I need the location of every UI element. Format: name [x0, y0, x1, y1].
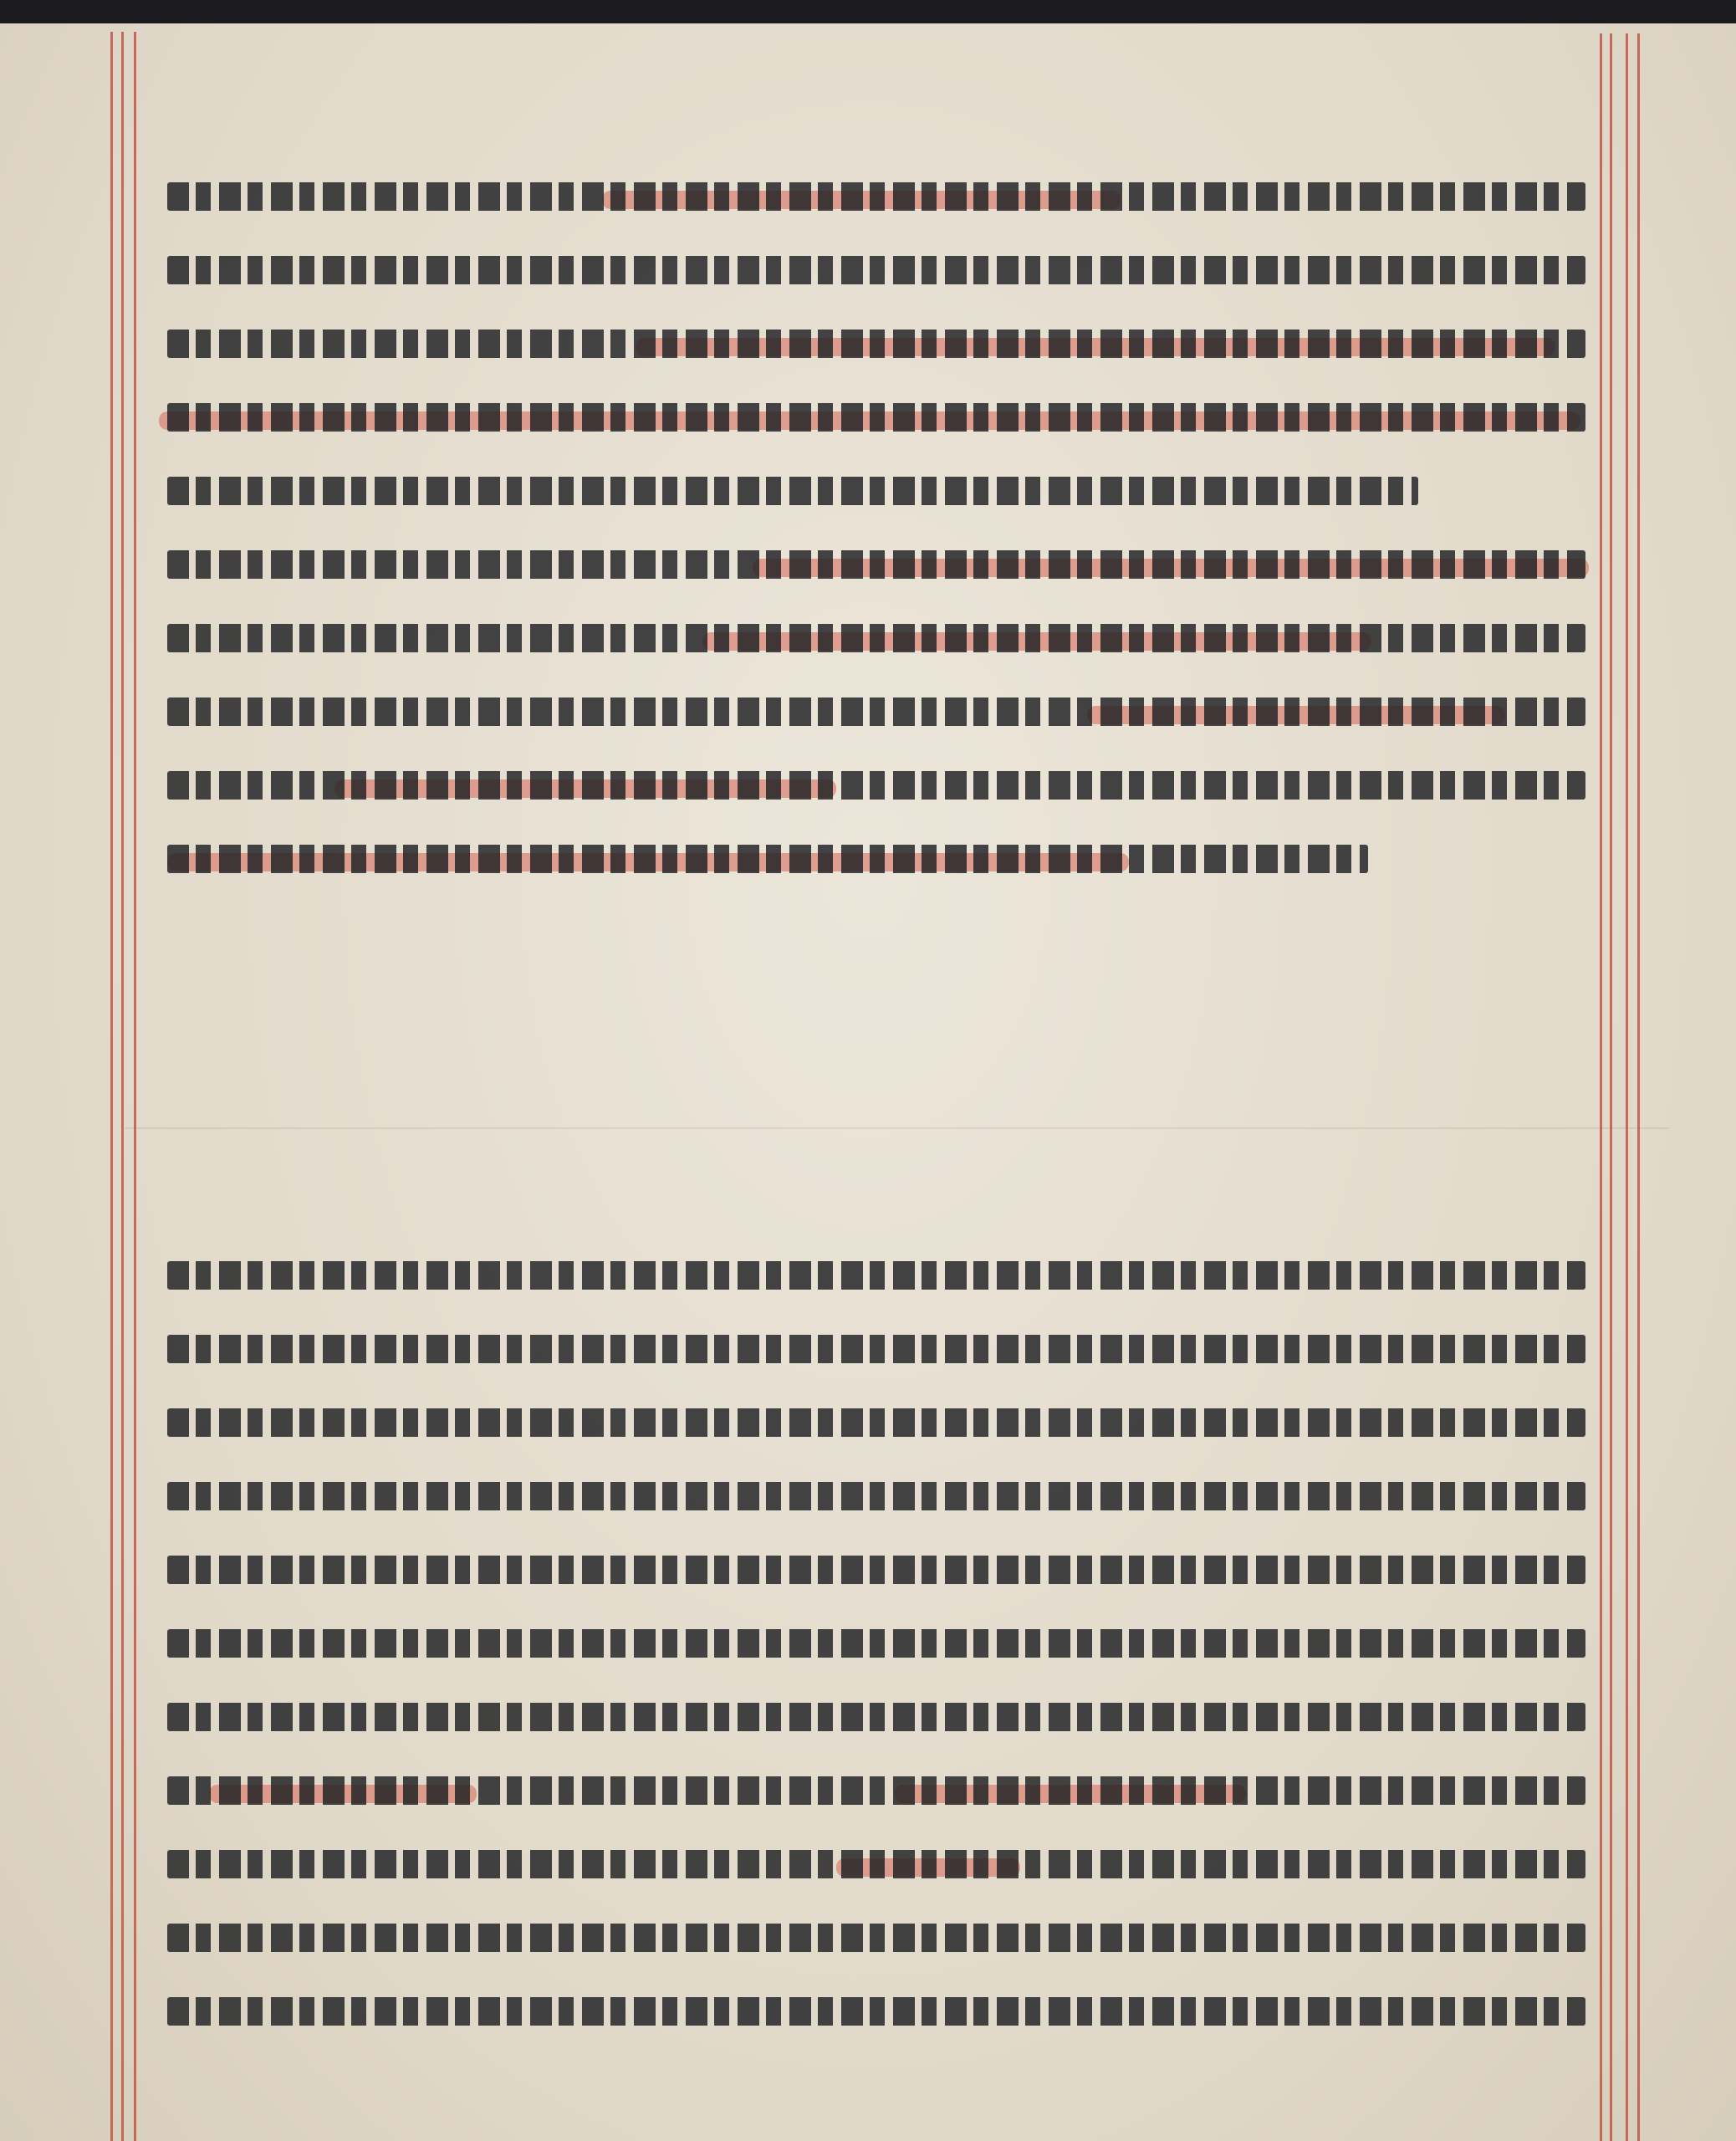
text-line — [167, 1612, 1585, 1673]
text-line — [167, 1318, 1585, 1378]
right-margin-rule — [1610, 33, 1612, 2141]
text-line — [167, 828, 1585, 888]
text-line — [167, 1907, 1585, 1967]
left-margin-rule — [121, 32, 124, 2141]
left-margin-rule — [134, 32, 136, 2141]
right-margin-rule — [1637, 33, 1640, 2141]
right-margin-rule — [1626, 33, 1628, 2141]
left-margin-rule — [110, 32, 113, 2141]
page-fold — [125, 1127, 1669, 1129]
text-line — [167, 1392, 1585, 1452]
text-line — [167, 681, 1585, 741]
text-line — [167, 460, 1585, 520]
text-line — [167, 534, 1585, 594]
text-line — [167, 1980, 1585, 2041]
text-line — [167, 313, 1585, 373]
text-line — [167, 1465, 1585, 1525]
text-line — [167, 607, 1585, 667]
right-margin-rule — [1600, 33, 1602, 2141]
upper-text-block — [167, 166, 1585, 902]
text-line — [167, 386, 1585, 447]
lower-text-block — [167, 1244, 1585, 2054]
manuscript-page — [0, 23, 1736, 2141]
text-line — [167, 1244, 1585, 1305]
text-line — [167, 754, 1585, 815]
text-line — [167, 1833, 1585, 1893]
text-line — [167, 239, 1585, 299]
text-line — [167, 1686, 1585, 1746]
text-line — [167, 166, 1585, 226]
text-line — [167, 1760, 1585, 1820]
text-line — [167, 1539, 1585, 1599]
